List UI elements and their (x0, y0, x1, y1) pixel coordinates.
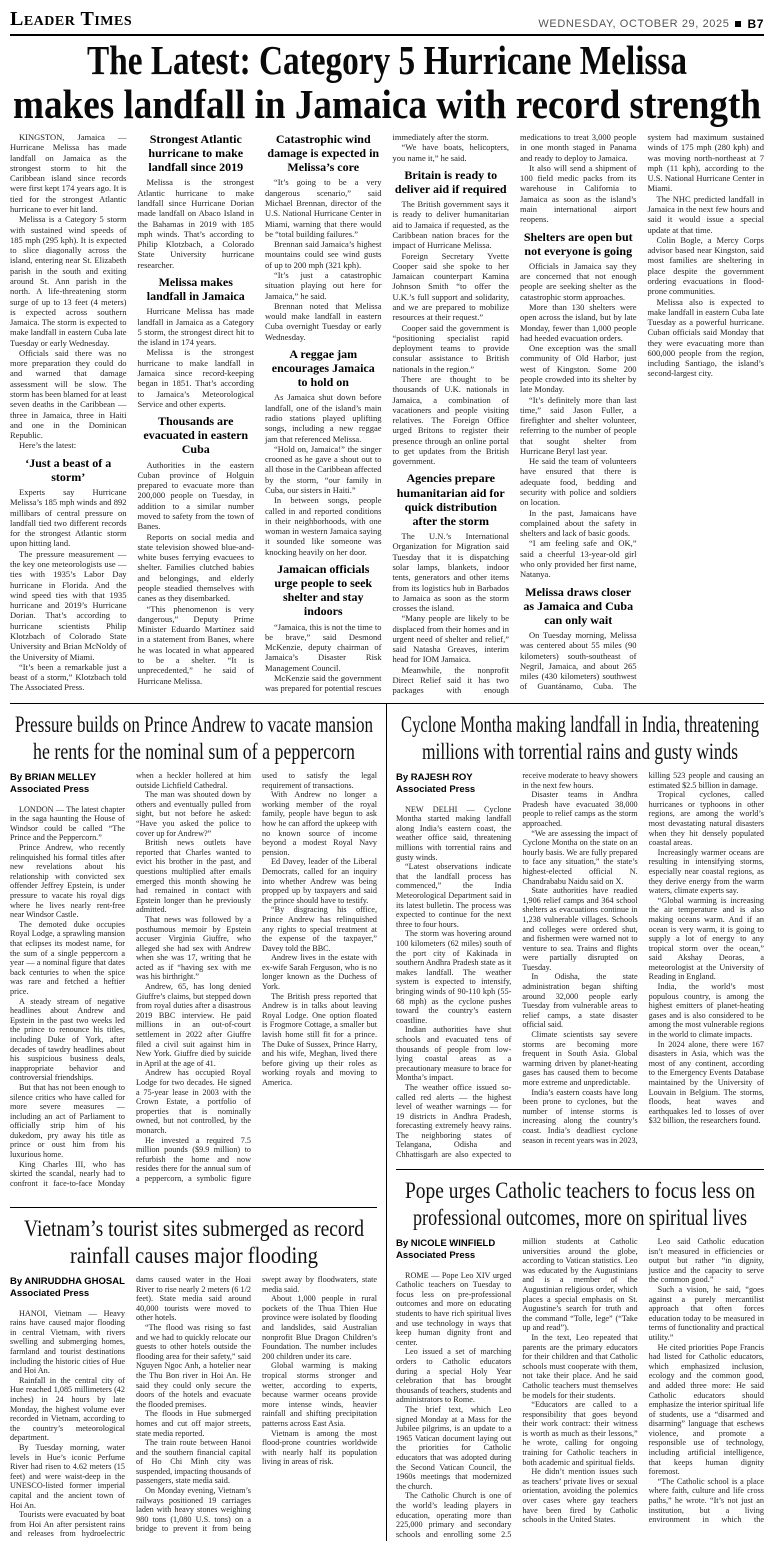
story-byline: By NICOLE WINFIELDAssociated Press (396, 1238, 511, 1263)
body-paragraph: Brennan said Jamaica’s highest mountains… (265, 239, 382, 270)
story-columns: By RAJESH ROYAssociated PressNEW DELHI —… (396, 771, 764, 1163)
column-subhead: Shelters are open but not everyone is go… (522, 230, 635, 258)
issue-line: WEDNESDAY, OCTOBER 29, 2025 B7 (538, 17, 764, 31)
body-paragraph: A steady stream of negative headlines ab… (10, 997, 125, 1083)
body-paragraph: The brief text, which Leo signed Monday … (396, 1405, 511, 1491)
body-paragraph: “By disgracing his office, Prince Andrew… (262, 905, 377, 953)
body-paragraph: “It’s been a remarkable just a beast of … (10, 662, 127, 693)
byline-author: By RAJESH ROY (396, 772, 511, 784)
body-paragraph: In Odisha, the state administration bega… (522, 972, 637, 1030)
story-byline: By BRIAN MELLEYAssociated Press (10, 772, 125, 797)
lead-story-columns: KINGSTON, Jamaica — Hurricane Melissa ha… (10, 132, 764, 698)
body-paragraph: “It’s going to be a very dangerous scena… (265, 177, 382, 239)
body-paragraph: Ed Davey, leader of the Liberal Democrat… (262, 857, 377, 905)
column-subhead: Britain is ready to deliver aid if requi… (395, 168, 508, 196)
page-number: B7 (747, 17, 764, 31)
story-headline: Cyclone Montha making landfall in India,… (397, 711, 763, 767)
column-subhead: ‘Just a beast of a storm’ (12, 456, 125, 484)
body-paragraph: Andrew has occupied Royal Lodge for two … (136, 1068, 251, 1135)
story-vietnam-flooding: Vietnam’s tourist sites submerged as rec… (10, 1215, 377, 1541)
story-columns: By NICOLE WINFIELDAssociated PressROME —… (396, 1237, 764, 1541)
byline-agency: Associated Press (396, 784, 511, 796)
body-paragraph: Melissa is the strongest hurricane to ma… (138, 347, 255, 409)
body-paragraph: “The flood was rising so fast and we had… (136, 1323, 251, 1409)
body-paragraph: Leo issued a set of marching orders to C… (396, 1347, 511, 1405)
story-columns: By BRIAN MELLEYAssociated PressLONDON — … (10, 771, 377, 1201)
column-subhead: Catastrophic wind damage is expected in … (267, 132, 380, 174)
body-paragraph: Here’s the latest: (10, 440, 127, 450)
column-subhead: Jamaican officials urge people to seek s… (267, 562, 380, 619)
body-paragraph: The pressure measurement — the key one m… (10, 549, 127, 662)
headline-line1: Cyclone Montha making landfall in India,… (401, 712, 759, 737)
body-paragraph: NEW DELHI — Cyclone Montha started makin… (396, 805, 511, 863)
body-paragraph: With Andrew no longer a working member o… (262, 790, 377, 857)
column-subhead: A reggae jam encourages Jamaica to hold … (267, 347, 380, 389)
story-headline: Pressure builds on Prince Andrew to vaca… (11, 711, 377, 767)
body-paragraph: The NHC predicted landfall in Jamaica in… (648, 194, 765, 235)
body-paragraph: “Hold on, Jamaica!” the singer crooned a… (265, 444, 382, 495)
body-paragraph: Melissa is the strongest Atlantic hurric… (138, 177, 255, 270)
body-paragraph: Global warming is making tropical storms… (262, 1361, 377, 1428)
body-paragraph: Vietnam is among the most flood-prone co… (262, 1429, 377, 1467)
headline-line2: rainfall causes major flooding (70, 1243, 318, 1268)
body-paragraph: Hurricane Melissa has made landfall in J… (138, 306, 255, 347)
byline-agency: Associated Press (10, 784, 125, 796)
story-byline: By RAJESH ROYAssociated Press (396, 772, 511, 797)
body-paragraph: Climate scientists say severe storms are… (522, 1030, 637, 1088)
body-paragraph: Authorities in the eastern Cuban provinc… (138, 460, 255, 532)
body-paragraph: Indian authorities have shut schools and… (396, 1025, 511, 1083)
body-paragraph: Experts say Hurricane Melissa’s 185 mph … (10, 487, 127, 549)
body-paragraph: Disaster teams in Andhra Pradesh have ev… (522, 790, 637, 828)
body-paragraph: “Latest observations indicate that the l… (396, 862, 511, 929)
body-paragraph: But that has not been enough to silence … (10, 1083, 125, 1160)
story-cyclone-montha: Cyclone Montha making landfall in India,… (396, 711, 764, 1163)
byline-agency: Associated Press (10, 1288, 125, 1300)
body-paragraph: “Many people are likely to be displaced … (393, 613, 510, 664)
story-pope-teachers: Pope urges Catholic teachers to focus le… (396, 1177, 764, 1541)
body-paragraph: Leo said Catholic education isn’t measur… (649, 1237, 764, 1285)
body-paragraph: He said the team of volunteers have ensu… (520, 456, 637, 507)
body-paragraph: Melissa is a Category 5 storm with susta… (10, 214, 127, 348)
story-columns: By ANIRUDDHA GHOSALAssociated PressHANOI… (10, 1275, 377, 1541)
body-paragraph: “We have boats, helicopters, you name it… (393, 142, 510, 163)
column-subhead: Strongest Atlantic hurricane to make lan… (140, 132, 253, 174)
body-paragraph: In between songs, people called in and r… (265, 495, 382, 557)
body-paragraph: “I am feeling safe and OK,” said a cheer… (520, 538, 637, 579)
body-paragraph: Rainfall in the central city of Hue reac… (10, 1376, 125, 1443)
body-paragraph: LONDON — The latest chapter in the saga … (10, 805, 125, 843)
body-paragraph: Andrew, 65, has long denied Giuffre’s cl… (136, 982, 251, 1068)
body-paragraph: In 2024 alone, there were 167 disasters … (649, 1040, 764, 1126)
body-paragraph: The U.N.’s International Organization fo… (393, 531, 510, 613)
body-paragraph: The British press reported that Andrew i… (262, 992, 377, 1088)
body-paragraph: He cited priorities Pope Francis had lis… (649, 1343, 764, 1477)
body-paragraph: In the text, Leo repeated that parents a… (522, 1333, 637, 1400)
section-separator-icon (735, 21, 741, 27)
story-divider (396, 1169, 764, 1170)
body-paragraph: Officials in Jamaica say they are concer… (520, 261, 637, 302)
body-paragraph: Colin Bogle, a Mercy Corps advisor based… (648, 235, 765, 297)
headline-line1: Pope urges Catholic teachers to focus le… (405, 1178, 755, 1203)
body-paragraph: Reports on social media and state televi… (138, 532, 255, 604)
lead-headline-line1: The Latest: Category 5 Hurricane Melissa (87, 38, 687, 83)
body-paragraph: The floods in Hue submerged homes and cu… (136, 1409, 251, 1438)
body-paragraph: “We are assessing the impact of Cyclone … (522, 829, 637, 887)
body-paragraph: Melissa also is expected to make landfal… (648, 297, 765, 379)
byline-author: By NICOLE WINFIELD (396, 1238, 511, 1250)
body-paragraph: In the past, Jamaicans have complained a… (520, 508, 637, 539)
body-paragraph: One exception was the small community of… (520, 343, 637, 394)
byline-author: By BRIAN MELLEY (10, 772, 125, 784)
column-subhead: Melissa draws closer as Jamaica and Cuba… (522, 585, 635, 627)
headline-line2: professional outcomes, more on spiritual… (413, 1205, 747, 1230)
byline-agency: Associated Press (396, 1250, 511, 1262)
body-paragraph: He didn’t mention issues such as teacher… (522, 1467, 637, 1525)
body-paragraph: “It’s just a catastrophic situation play… (265, 270, 382, 301)
body-paragraph: About 1,000 people in rural pockets of t… (262, 1294, 377, 1361)
body-paragraph: The British government says it is ready … (393, 199, 510, 250)
body-paragraph: HANOI, Vietnam — Heavy rains have caused… (10, 1309, 125, 1376)
body-paragraph: There are thought to be thousands of U.K… (393, 374, 510, 467)
body-paragraph: The train route between Hanoi and the so… (136, 1438, 251, 1486)
issue-date: WEDNESDAY, OCTOBER 29, 2025 (538, 18, 729, 30)
story-headline: Pope urges Catholic teachers to focus le… (397, 1177, 763, 1233)
newspaper-page: Leader Times WEDNESDAY, OCTOBER 29, 2025… (0, 0, 774, 1548)
lead-headline: The Latest: Category 5 Hurricane Melissa… (10, 38, 764, 130)
story-headline: Vietnam’s tourist sites submerged as rec… (11, 1215, 377, 1271)
column-subhead: Melissa makes landfall in Jamaica (140, 275, 253, 303)
body-paragraph: The storm was hovering around 100 kilome… (396, 929, 511, 1025)
story-byline: By ANIRUDDHA GHOSALAssociated Press (10, 1276, 125, 1301)
body-paragraph: That news was followed by a posthumous m… (136, 915, 251, 982)
body-paragraph: Such a vision, he said, “goes against a … (649, 1285, 764, 1343)
body-paragraph: Tropical cyclones, called hurricanes or … (649, 790, 764, 848)
body-paragraph: As Jamaica shut down before landfall, on… (265, 392, 382, 443)
body-paragraph: “Educators are called to a responsibilit… (522, 1400, 637, 1467)
body-paragraph: By Tuesday morning, water levels in Hue’… (10, 1443, 125, 1510)
body-paragraph: Cooper said the government is “positioni… (393, 323, 510, 374)
body-paragraph: The demoted duke occupies Royal Lodge, a… (10, 920, 125, 997)
lead-headline-line2: makes landfall in Jamaica with record st… (13, 81, 761, 127)
body-paragraph: It also will send a shipment of 100 fiel… (520, 163, 637, 225)
story-divider (10, 1207, 377, 1208)
headline-line1: Vietnam’s tourist sites submerged as rec… (24, 1216, 364, 1241)
headline-line2: he rents for the nominal sum of a pepper… (33, 739, 355, 764)
body-paragraph: Prince Andrew, who recently relinquished… (10, 843, 125, 920)
body-paragraph: State authorities have readied 1,906 rel… (522, 886, 637, 972)
body-paragraph: Increasingly warmer oceans are resulting… (649, 848, 764, 896)
lower-section: Pressure builds on Prince Andrew to vaca… (10, 704, 764, 1541)
story-prince-andrew: Pressure builds on Prince Andrew to vaca… (10, 711, 377, 1201)
body-paragraph: “It’s definitely more than last time,” s… (520, 395, 637, 457)
body-paragraph: “Jamaica, this is not the time to be bra… (265, 622, 382, 673)
byline-author: By ANIRUDDHA GHOSAL (10, 1276, 125, 1288)
body-paragraph: KINGSTON, Jamaica — Hurricane Melissa ha… (10, 132, 127, 214)
body-paragraph: Andrew lives in the estate with ex-wife … (262, 953, 377, 991)
column-subhead: Thousands are evacuated in eastern Cuba (140, 414, 253, 456)
body-paragraph: Officials said there was no more prepara… (10, 348, 127, 441)
headline-line1: Pressure builds on Prince Andrew to vaca… (15, 712, 373, 737)
body-paragraph: British news outlets have reported that … (136, 838, 251, 915)
body-paragraph: “Global warming is increasing the air te… (649, 896, 764, 982)
paper-title: Leader Times (10, 8, 132, 31)
lower-right-stack: Cyclone Montha making landfall in India,… (387, 704, 764, 1541)
body-paragraph: India, the world’s most populous country… (649, 982, 764, 1040)
body-paragraph: More than 130 shelters were open across … (520, 302, 637, 343)
column-subhead: Agencies prepare humanitarian aid for qu… (395, 471, 508, 528)
body-paragraph: The man was shouted down by others and e… (136, 790, 251, 838)
body-paragraph: ROME — Pope Leo XIV urged Catholic teach… (396, 1271, 511, 1348)
body-paragraph: “This phenomenon is very dangerous,” Dep… (138, 604, 255, 686)
headline-line2: millions with torrential rains and gusty… (422, 739, 738, 764)
body-paragraph: Brennan noted that Melissa would make la… (265, 301, 382, 342)
body-paragraph: Foreign Secretary Yvette Cooper said she… (393, 251, 510, 323)
masthead: Leader Times WEDNESDAY, OCTOBER 29, 2025… (10, 8, 764, 36)
lower-left-stack: Pressure builds on Prince Andrew to vaca… (10, 704, 387, 1541)
